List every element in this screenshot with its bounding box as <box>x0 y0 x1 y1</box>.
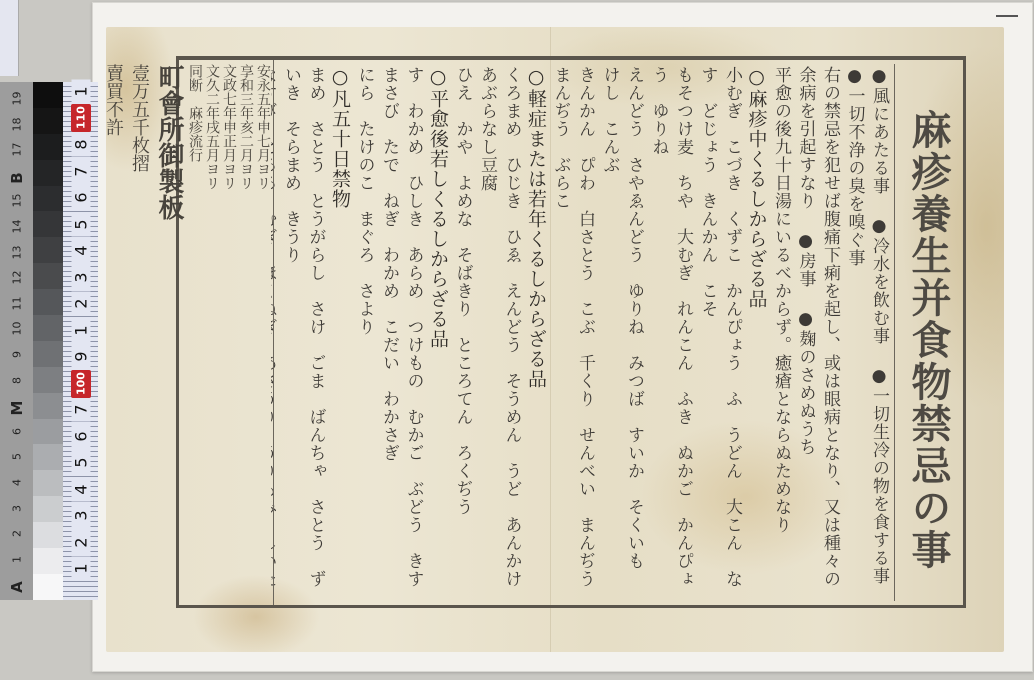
grey-patch <box>33 444 63 470</box>
grey-scale-label: 2 <box>11 523 24 545</box>
section-heading: ○凡五十日禁物 <box>328 66 353 599</box>
text-column: す わかめ ひしき あらめ つけもの むかご ぶどう きす <box>401 66 426 599</box>
ruler-number: 7 <box>72 398 91 422</box>
grey-scale-label: 10 <box>11 318 24 340</box>
grey-scale-label: 17 <box>11 139 24 161</box>
grey-patch <box>33 393 63 419</box>
grey-patch <box>33 108 63 134</box>
grey-scale-label: 12 <box>11 267 24 289</box>
mount-mark <box>996 15 1018 17</box>
text-column: まさび たで ねぎ わかめ こだい わかさぎ <box>377 66 402 599</box>
grey-patch <box>33 470 63 496</box>
grey-scale-label: M <box>8 397 26 419</box>
document-sheet: 麻疹養生并食物禁忌の事 ●風にあたる事 ●冷水を飲む事 ●一切生冷の物を食する事… <box>106 27 1004 652</box>
grey-patch <box>33 289 63 315</box>
grey-patch <box>33 186 63 212</box>
ruler-number: 2 <box>72 292 91 316</box>
ruler-number: 2 <box>72 530 91 554</box>
text-column: にら たけのこ まぐろ さより <box>352 66 377 599</box>
grey-patch <box>33 315 63 341</box>
grey-scale-label: A <box>8 576 26 598</box>
grey-patch <box>33 341 63 367</box>
ruler-badge: 100 <box>71 370 91 398</box>
outbreak-date: 文久二年戌五月ヨリ <box>203 64 220 214</box>
text-column: ひえ かや よめな そばきり ところてん ろくぢう <box>450 66 475 599</box>
grey-scale-label: 13 <box>11 241 24 263</box>
ruler-number: 4 <box>72 239 91 263</box>
grey-scale-label: 19 <box>11 88 24 110</box>
grey-patch <box>33 496 63 522</box>
ruler-number: 1 <box>72 80 91 104</box>
document-body: ●風にあたる事 ●冷水を飲む事 ●一切生冷の物を食する事 ●一切不浄の臭を嗅ぐ事… <box>271 66 891 599</box>
grey-patch <box>33 211 63 237</box>
outbreak-note: 同断 麻疹流行 <box>186 64 203 601</box>
grey-patch <box>33 134 63 160</box>
outbreak-date: 享和三年亥二月ヨリ <box>237 64 254 214</box>
grey-scale-labels: 191817B15141312111098M654321A <box>4 82 30 600</box>
grey-patch <box>33 522 63 548</box>
outbreak-date: 文政七年申正月ヨリ <box>220 64 237 214</box>
document-title: 麻疹養生并食物禁忌の事 <box>894 64 957 601</box>
ruler-number: 9 <box>72 345 91 369</box>
ruler-number: 1 <box>72 557 91 581</box>
grey-patch <box>33 548 63 574</box>
grey-scale-label: 3 <box>11 497 24 519</box>
grey-patch <box>33 419 63 445</box>
grey-scale-label: 9 <box>11 344 24 366</box>
grey-scale-label: 14 <box>11 216 24 238</box>
ruler-badge: 110 <box>71 104 91 132</box>
grey-patch <box>33 574 63 600</box>
grey-scale-label: 11 <box>11 292 24 314</box>
grey-scale-label: B <box>8 167 26 189</box>
grey-patch <box>33 367 63 393</box>
grey-scale-label: 4 <box>11 472 24 494</box>
grey-scale-label: 8 <box>11 369 24 391</box>
ruler-number: 4 <box>72 477 91 501</box>
grey-scale-label: 6 <box>11 420 24 442</box>
grey-scale-label: 1 <box>11 548 24 570</box>
text-column: えんどう さやゑんどう ゆりね みつば すいか そくいも けし こんぶ <box>597 66 646 599</box>
text-column: 平愈の後九十日湯にいるべからず。癒瘡とならぬためなり <box>769 66 794 599</box>
ruler-top-fragment <box>0 0 19 76</box>
ruler-number: 1 <box>72 318 91 342</box>
outbreak-dates: 安永五年申七月ヨリ 享和三年亥二月ヨリ 文政七年申正月ヨリ 文久二年戌五月ヨリ <box>203 64 271 214</box>
grey-scale-patches <box>33 82 63 600</box>
text-column: きんかん ぴわ 白さとう こぶ 千くり せんべい まんぢう まんぢう ぶらこ <box>548 66 597 599</box>
grey-patch <box>33 160 63 186</box>
text-column: ●風にあたる事 ●冷水を飲む事 ●一切生冷の物を食する事 ●一切不浄の臭を嗅ぐ事 <box>842 66 891 599</box>
print-run: 壹万五千枚摺 <box>126 64 152 601</box>
ruler-number: 3 <box>72 504 91 528</box>
color-calibration-target: 191817B15141312111098M654321A 1987654321… <box>0 82 98 600</box>
section-heading: ○平愈後若しくるしからざる品 <box>426 66 451 599</box>
text-column: 小むぎ こづき くずこ かんぴょう ふ うどん 大こん なす どじょう きんかん… <box>695 66 744 599</box>
ruler-number: 8 <box>72 133 91 157</box>
ruler-number: 5 <box>72 212 91 236</box>
grey-patch <box>33 237 63 263</box>
colophon: 安永五年申七月ヨリ 享和三年亥二月ヨリ 文政七年申正月ヨリ 文久二年戌五月ヨリ … <box>179 60 274 605</box>
grey-scale-label: 15 <box>11 190 24 212</box>
publisher: 町會所御製板 <box>152 64 186 601</box>
section-heading: ○軽症または若年くるしからざる品 <box>524 66 549 599</box>
ruler-number: 6 <box>72 186 91 210</box>
text-column: まめ さとう とうがらし さけ ごま ばんちゃ さとう ずいき そらまめ きうり <box>279 66 328 599</box>
sale-notice: 賣買不許 <box>100 64 126 601</box>
text-column: もそつけ麦 ちや 大むぎ れんこん ふき ぬかご かんぴょう ゆりね <box>646 66 695 599</box>
grey-scale-label: 5 <box>11 446 24 468</box>
ruler-number: 7 <box>72 159 91 183</box>
text-column: 右の禁忌を犯せば腹痛下痢を起し、或は眼病となり、又は種々の余病を引起すなり ●房… <box>793 66 842 599</box>
ruler-number: 5 <box>72 451 91 475</box>
grey-patch <box>33 82 63 108</box>
grey-patch <box>33 263 63 289</box>
grey-scale-label: 18 <box>11 113 24 135</box>
ruler-number: 6 <box>72 424 91 448</box>
ruler-number: 3 <box>72 265 91 289</box>
measuring-ruler: 1987654321987654321110100 <box>63 82 98 600</box>
section-heading: ○麻疹中くるしからざる品 <box>744 66 769 599</box>
text-column: くろまめ ひじき ひゑ えんどう そうめん うど あんかけ あぶらなし豆腐 <box>475 66 524 599</box>
outbreak-date: 安永五年申七月ヨリ <box>254 64 271 214</box>
printed-frame: 麻疹養生并食物禁忌の事 ●風にあたる事 ●冷水を飲む事 ●一切生冷の物を食する事… <box>176 56 966 608</box>
